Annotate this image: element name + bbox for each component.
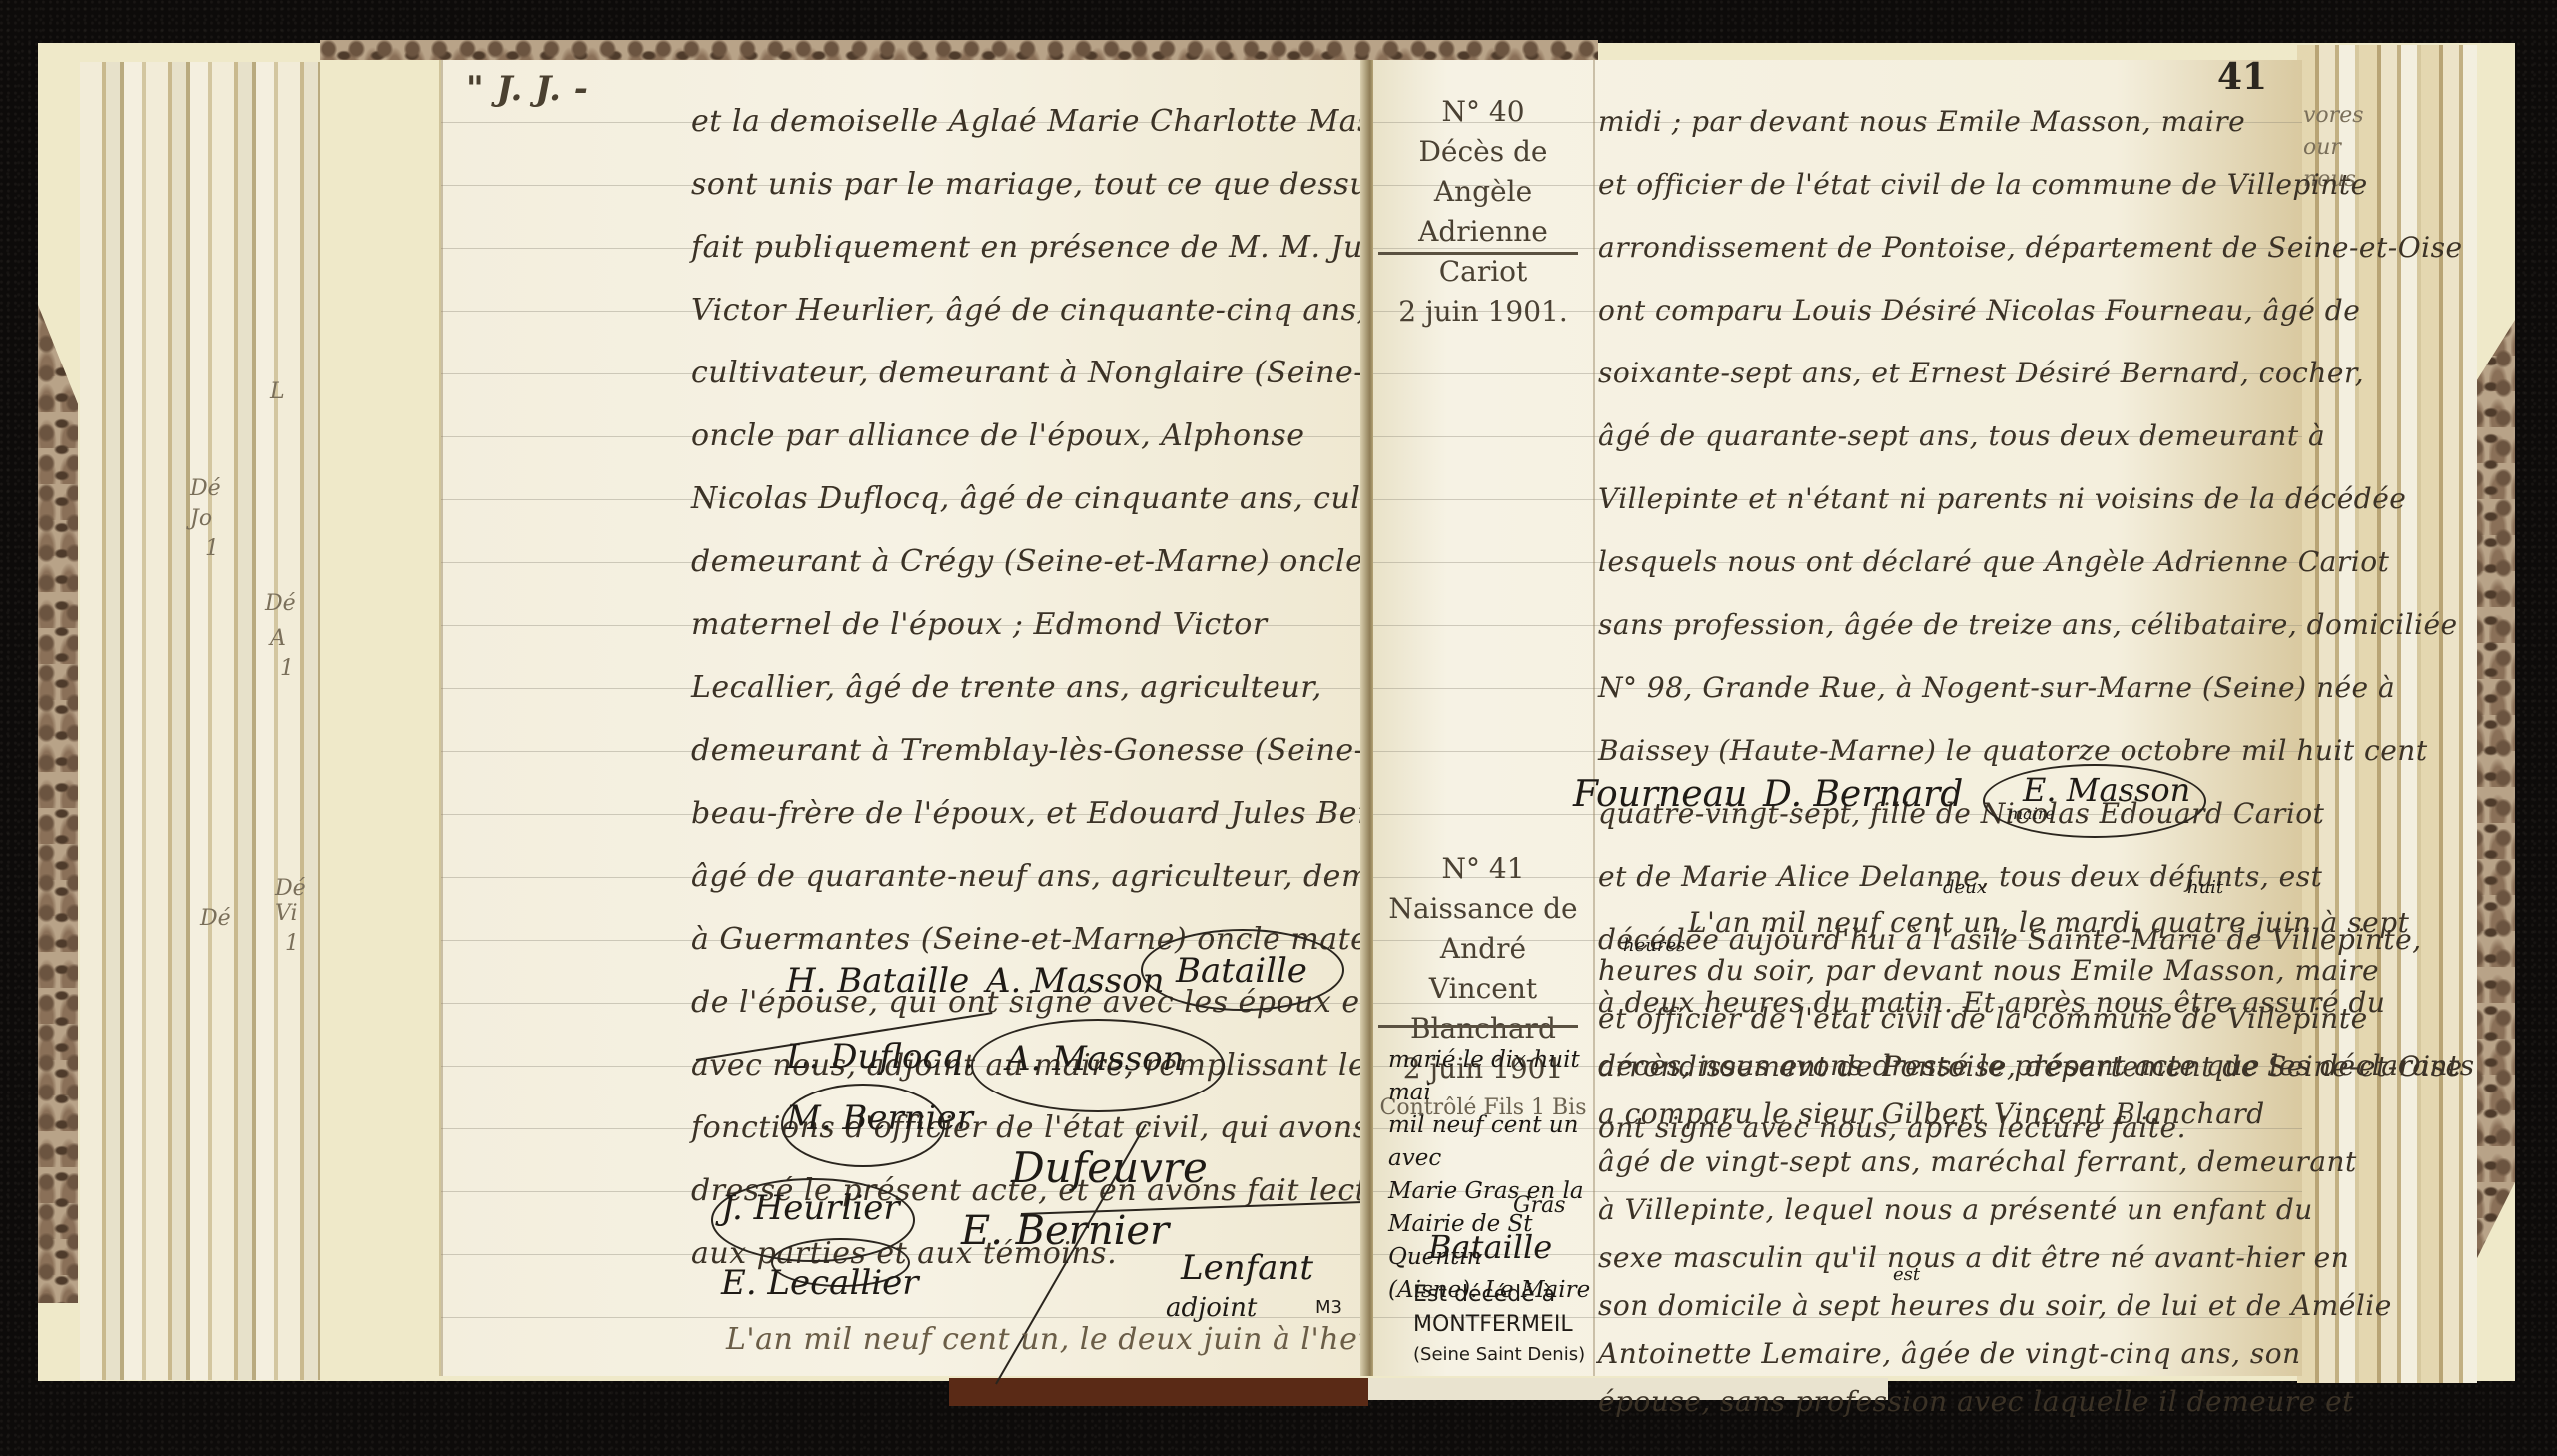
left-page: " J. J. - et la demoiselle Aglaé Marie C… [439,60,1375,1376]
signature: J. Heurlier [721,1188,900,1228]
act-title: Vincent Blanchard [1373,969,1593,1049]
stack-tab-label: Vi [275,901,298,926]
signature: Lenfant [1181,1248,1313,1288]
annotation-line: Est décédé à [1413,1280,1598,1310]
text-line: à Villepinte, lequel nous a présenté un … [1598,1186,2463,1234]
act-number: N° 40 [1373,92,1593,132]
margin-rule [1593,60,1595,1376]
signature: H. Bataille [786,961,969,1001]
text-line: et officier de l'état civil de la commun… [1598,153,2475,216]
text-line: heures du soir, par devant nous Emile Ma… [1598,947,2463,995]
text-line: sexe masculin qu'il nous a dit être né a… [1598,1234,2463,1282]
death-annotation: Est décédé à MONTFERMEIL (Seine Saint De… [1413,1280,1598,1370]
text-line: arrondissement de Pontoise, département … [1598,216,2475,279]
text-line: Antoinette Lemaire, âgée de vingt-cinq a… [1598,1330,2463,1378]
signature: M. Bernier [786,1098,973,1138]
act-date: 2 juin 1901. [1373,292,1593,332]
stack-tab-label: Jo [190,506,212,531]
text-line: son domicile à sept heures du soir, de l… [1598,1282,2463,1330]
text-line: a comparu le sieur Gilbert Vincent Blanc… [1598,1091,2463,1138]
stack-tab-label: 1 [280,656,294,681]
left-page-stack: Dé Jo 1 L Dé A 1 Dé Vi 1 Dé [80,62,320,1380]
act-41-body: L'an mil neuf cent un, le mardi quatre j… [1598,899,2463,1426]
signature: Fourneau [1573,774,1747,815]
signature: Gras [1513,1193,1566,1218]
stack-tab-label: 1 [205,536,219,561]
right-page: 41 N° 40 Décès de Angèle Adrienne Cariot… [1373,60,2302,1376]
text-line: midi ; par devant nous Emile Masson, mai… [1598,90,2475,153]
text-line: soixante-sept ans, et Ernest Désiré Bern… [1598,342,2475,404]
book-spine-bottom [949,1378,1368,1406]
text-line: et officier de l'état civil de la commun… [1598,995,2463,1043]
marbled-cover-left [38,305,78,1303]
act-title: Naissance de André [1373,889,1593,969]
annotation-line: marié le dix-huit mai [1388,1044,1593,1109]
stack-tab-label: Dé [190,476,221,501]
act-title: Décès de Angèle [1373,132,1593,212]
text-line: arrondissement de Pontoise, département … [1598,1043,2463,1091]
corner-marks: " J. J. - [466,58,588,121]
annotation-line: mil neuf cent un avec [1388,1109,1593,1175]
margin-divider [1378,1025,1578,1028]
signature: L. Duflocq. [786,1037,974,1077]
stack-tab-label: Dé [200,906,231,931]
marriage-annotation: marié le dix-huit mai mil neuf cent un a… [1388,1044,1593,1307]
marbled-cover-top [320,40,1598,60]
signature: Bataille [1428,1228,1552,1266]
text-line: âgé de quarante-sept ans, tous deux deme… [1598,404,2475,467]
annotation-line: MONTFERMEIL [1413,1310,1598,1340]
text-line: lesquels nous ont déclaré que Angèle Adr… [1598,530,2475,593]
text-line: âgé de vingt-sept ans, maréchal ferrant,… [1598,1138,2463,1186]
text-line: sans profession, âgée de treize ans, cél… [1598,593,2475,656]
signature: A. Masson [986,961,1165,1001]
stack-tab-label: A [270,626,286,651]
annotation-line: (Seine Saint Denis) [1413,1340,1598,1370]
signature: Bataille [1176,951,1307,991]
text-line: épouse, sans profession avec laquelle il… [1598,1378,2463,1426]
signature: D. Bernard [1763,774,1963,815]
text-line: L'an mil neuf cent un, le mardi quatre j… [1598,899,2463,947]
text-line: ont comparu Louis Désiré Nicolas Fournea… [1598,279,2475,342]
next-act-start: L'an mil neuf cent un, le deux juin à l'… [726,1308,1458,1371]
stack-tab-label: 1 [285,931,299,956]
signature: E. Lecallier [721,1263,918,1303]
margin-act-40: N° 40 Décès de Angèle Adrienne Cariot 2 … [1373,92,1593,332]
stack-tab-label: L [270,379,285,404]
margin-divider [1378,252,1578,255]
signature-title: maire [2008,804,2055,823]
text-line: N° 98, Grande Rue, à Nogent-sur-Marne (S… [1598,656,2475,719]
signature: E. Bernier [961,1208,1169,1254]
signature-block: H. Bataille A. Masson Bataille L. Dufloc… [441,919,1375,1338]
text-line: Villepinte et n'étant ni parents ni vois… [1598,467,2475,530]
signature: A. Masson [1006,1039,1185,1079]
act-number: N° 41 [1373,849,1593,889]
stack-tab-label: Dé [265,591,296,616]
stack-tab-label: Dé [275,876,306,901]
